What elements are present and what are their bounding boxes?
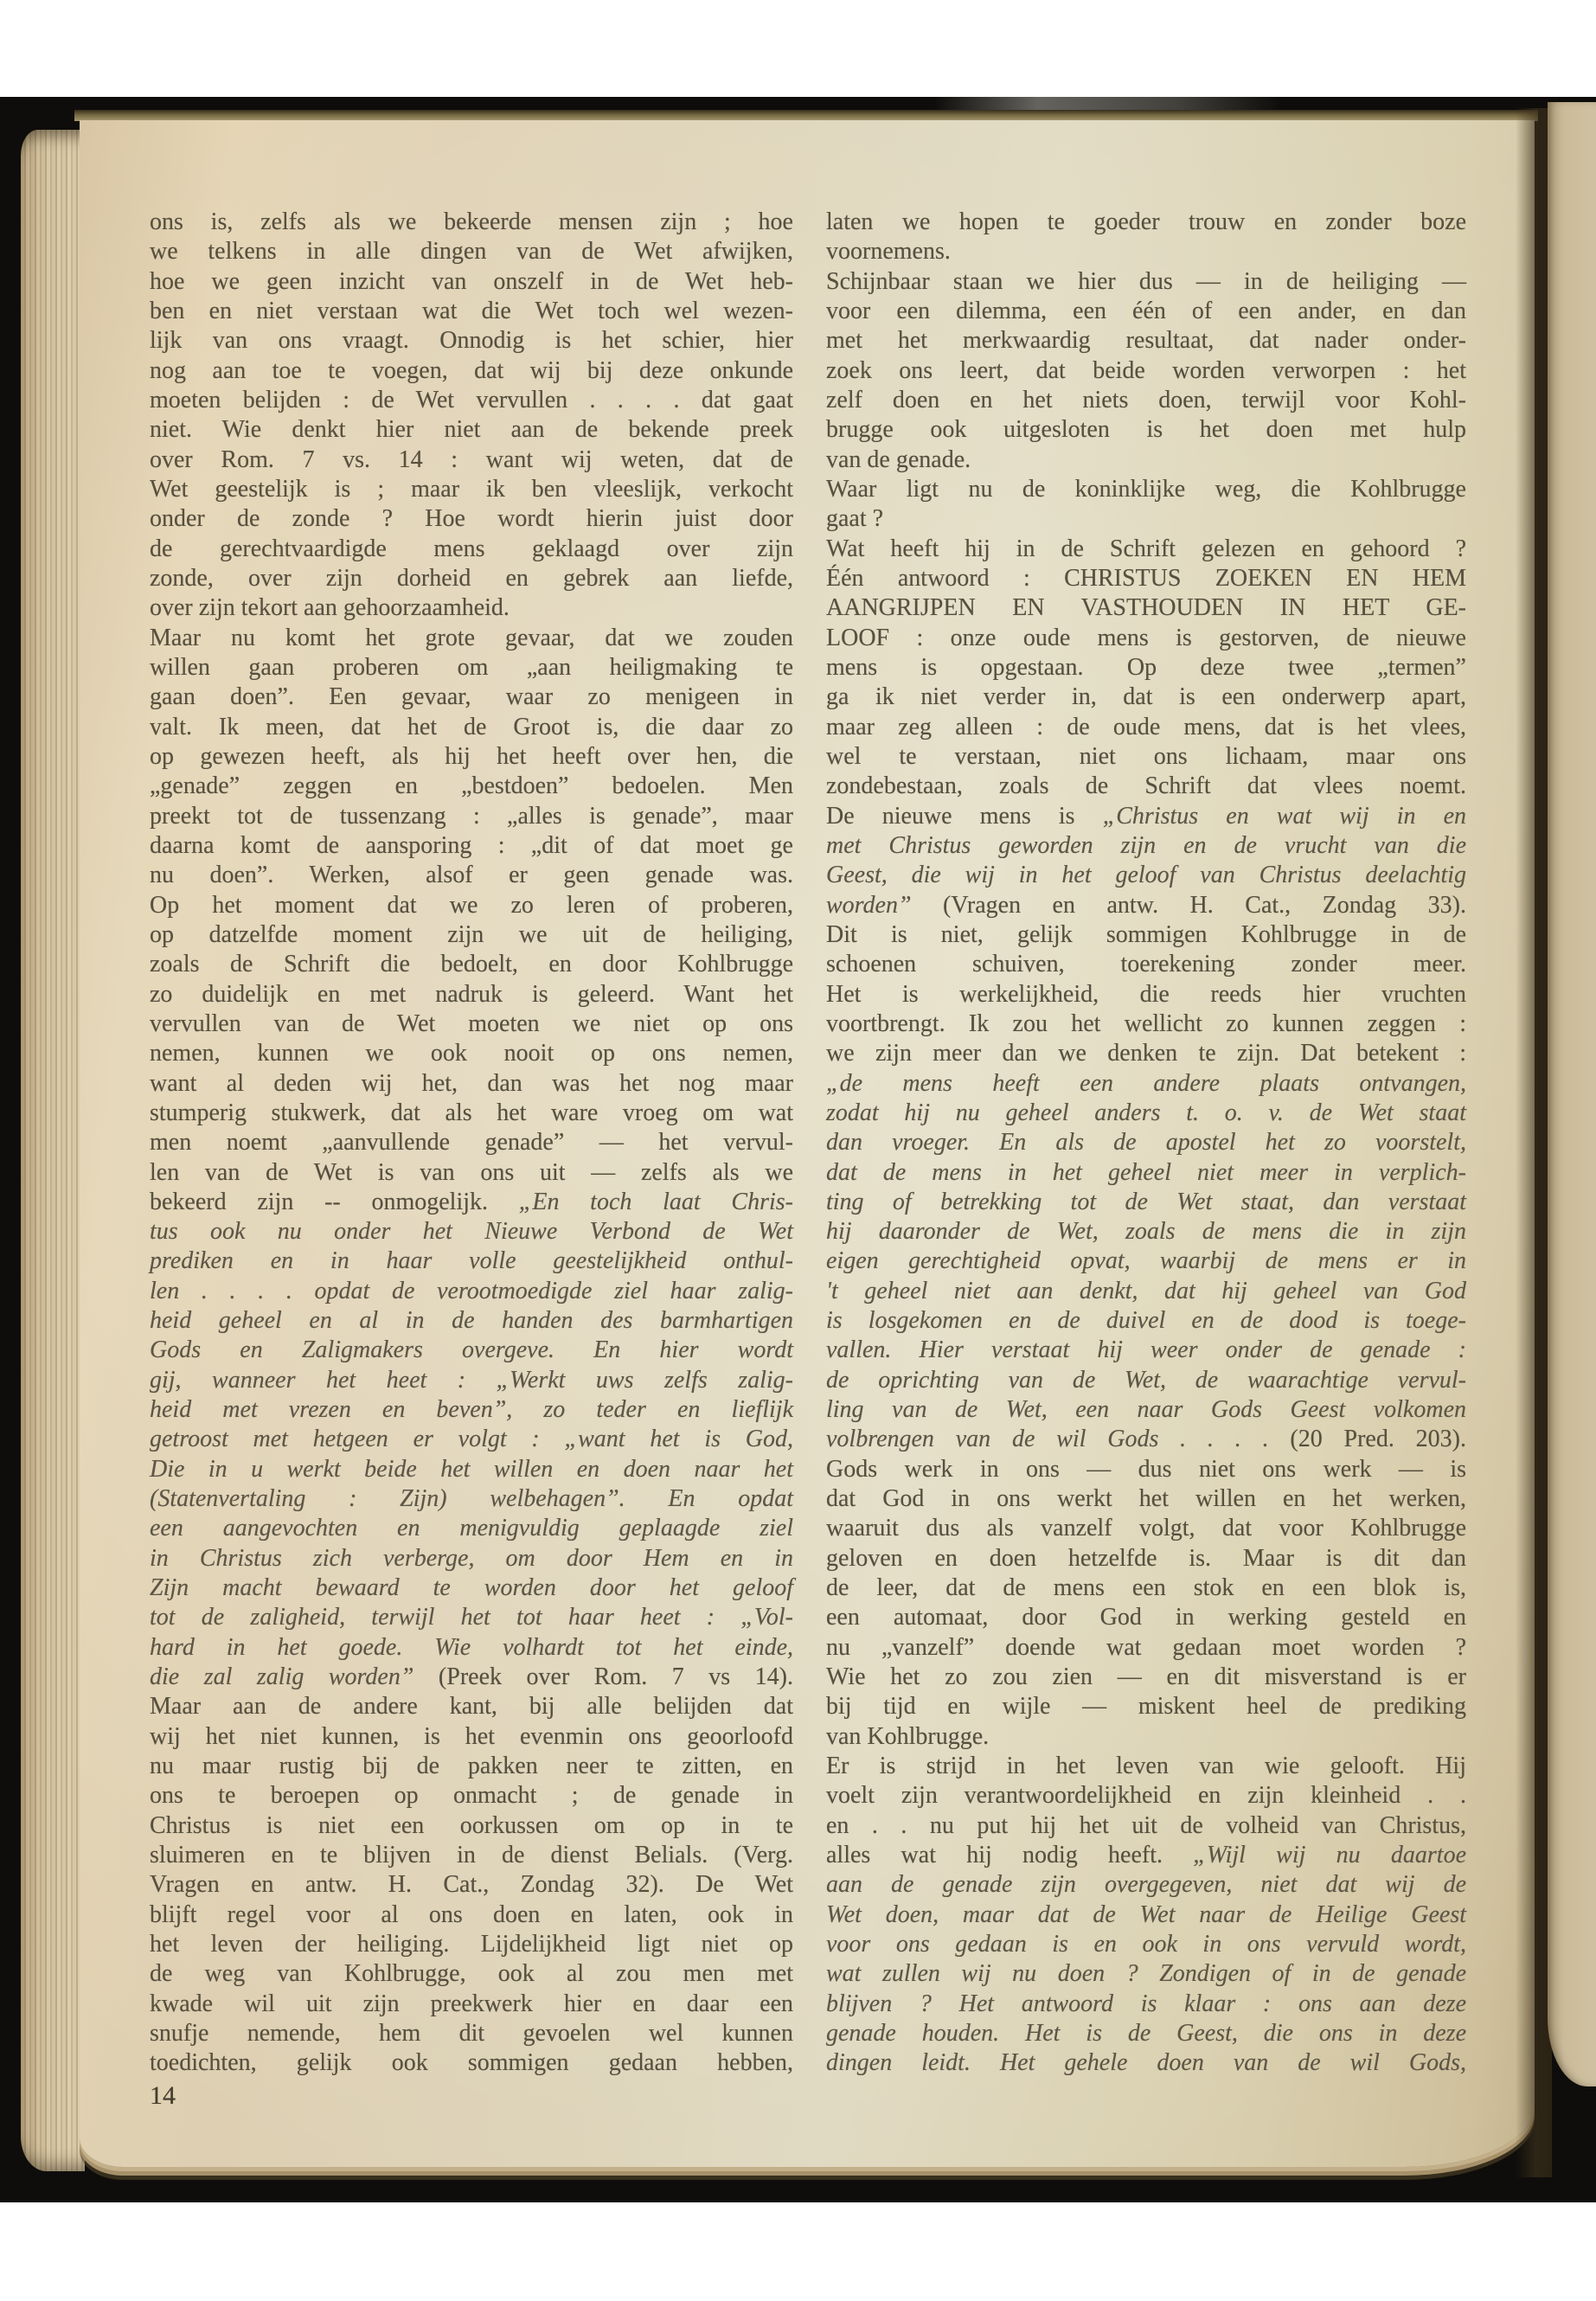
text-line: Schijnbaar staan we hier dus — in de hei… [826, 267, 1466, 297]
text-line: worden” (Vragen en antw. H. Cat., Zondag… [826, 891, 1466, 920]
text-line: daarna komt de aansporing : „dit of dat … [150, 831, 793, 861]
text-line: dingen leidt. Het gehele doen van de wil… [826, 2048, 1466, 2078]
text-line: blijft regel voor al ons doen en laten, … [150, 1900, 793, 1930]
text-line: preekt tot de tussenzang : „alles is gen… [150, 802, 793, 831]
text-line: nu „vanzelf” doende wat gedaan moet word… [826, 1633, 1466, 1663]
text-line: Christus is niet een oorkussen om op in … [150, 1811, 793, 1841]
text-line: 't geheel niet aan denkt, dat hij geheel… [826, 1277, 1466, 1306]
text-line: De nieuwe mens is „Christus en wat wij i… [826, 802, 1466, 831]
gutter-crease [1516, 108, 1552, 2177]
text-line: wat zullen wij nu doen ? Zondigen of in … [826, 1959, 1466, 1989]
text-line: van de genade. [826, 445, 1466, 475]
text-line: gij, wanneer het heet : „Werkt uws zelfs… [150, 1366, 793, 1395]
text-line: dat de mens in het geheel niet meer in v… [826, 1158, 1466, 1188]
text-line: over zijn tekort aan gehoorzaamheid. [150, 593, 793, 623]
text-line: Wat heeft hij in de Schrift gelezen en g… [826, 535, 1466, 564]
text-line: moeten belijden : de Wet vervullen . . .… [150, 386, 793, 415]
book-fore-edge-pages [21, 130, 85, 2171]
text-line: nu doen”. Werken, alsof er geen genade w… [150, 861, 793, 890]
text-line: kwade wil uit zijn preekwerk hier en daa… [150, 1990, 793, 2019]
text-line: nog aan toe te voegen, dat wij bij deze … [150, 356, 793, 386]
text-line: zoals de Schrift die bedoelt, en door Ko… [150, 950, 793, 979]
text-line: nemen, kunnen we ook nooit op ons nemen, [150, 1039, 793, 1068]
text-line: Gods en Zaligmakers overgeve. En hier wo… [150, 1336, 793, 1365]
text-line: mens is opgestaan. Op deze twee „termen” [826, 653, 1466, 683]
text-line: stumperig stukwerk, dat als het ware vro… [150, 1099, 793, 1128]
text-line: eigen gerechtigheid opvat, waarbij de me… [826, 1247, 1466, 1276]
text-line: onder de zonde ? Hoe wordt hierin juist … [150, 504, 793, 534]
text-line: Één antwoord : CHRISTUS ZOEKEN EN HEM [826, 564, 1466, 593]
text-line: we zijn meer dan we denken te zijn. Dat … [826, 1039, 1466, 1068]
text-line: met het merkwaardig resultaat, dat nader… [826, 326, 1466, 356]
text-line: hoe we geen inzicht van onszelf in de We… [150, 267, 793, 297]
text-line: blijven ? Het antwoord is klaar : ons aa… [826, 1990, 1466, 2019]
text-line: alles wat hij nodig heeft. „Wijl wij nu … [826, 1841, 1466, 1870]
text-line: Wet doen, maar dat de Wet naar de Heilig… [826, 1900, 1466, 1930]
text-line: len van de Wet is van ons uit — zelfs al… [150, 1158, 793, 1188]
text-line: voortbrengt. Ik zou het wellicht zo kunn… [826, 1009, 1466, 1039]
text-line: AANGRIJPEN EN VASTHOUDEN IN HET GE- [826, 593, 1466, 623]
text-line: zoek ons leert, dat beide worden verworp… [826, 356, 1466, 386]
text-line: toedichten, gelijk ook sommigen gedaan h… [150, 2048, 793, 2078]
text-line: valt. Ik meen, dat het de Groot is, die … [150, 713, 793, 742]
text-line: Wet geestelijk is ; maar ik ben vleeslij… [150, 475, 793, 504]
text-line: op datzelfde moment zijn we uit de heili… [150, 920, 793, 950]
text-line: maar zeg alleen : de oude mens, dat is h… [826, 713, 1466, 742]
text-line: getroost met hetgeen er volgt : „want he… [150, 1425, 793, 1454]
text-column-left: ons is, zelfs als we bekeerde mensen zij… [150, 208, 793, 2079]
text-line: Maar aan de andere kant, bij alle belijd… [150, 1692, 793, 1721]
text-line: „de mens heeft een andere plaats ontvang… [826, 1069, 1466, 1099]
text-line: zondebestaan, zoals de Schrift dat vlees… [826, 772, 1466, 801]
text-line: wij het niet kunnen, is het evenmin ons … [150, 1722, 793, 1752]
text-line: geloven en doen hetzelfde is. Maar is di… [826, 1544, 1466, 1574]
text-line: een aangevochten en menigvuldig geplaagd… [150, 1514, 793, 1543]
text-line: dan vroeger. En als de apostel het zo vo… [826, 1128, 1466, 1157]
text-line: snufje nemende, hem dit gevoelen wel kun… [150, 2019, 793, 2048]
text-line: tot de zaligheid, terwijl het tot haar h… [150, 1603, 793, 1632]
text-line: Dit is niet, gelijk sommigen Kohlbrugge … [826, 920, 1466, 950]
text-line: genade houden. Het is de Geest, die ons … [826, 2019, 1466, 2048]
text-line: voor ons gedaan is en ook in ons vervuld… [826, 1930, 1466, 1959]
text-line: op gewezen heeft, als hij het heeft over… [150, 742, 793, 772]
text-line: ons is, zelfs als we bekeerde mensen zij… [150, 208, 793, 237]
text-line: van Kohlbrugge. [826, 1722, 1466, 1752]
text-line: (Statenvertaling : Zijn) welbehagen”. En… [150, 1484, 793, 1514]
text-line: Maar nu komt het grote gevaar, dat we zo… [150, 624, 793, 653]
text-line: die zal zalig worden” (Preek over Rom. 7… [150, 1663, 793, 1692]
text-line: want al deden wij het, dan was het nog m… [150, 1069, 793, 1099]
text-line: de oprichting van de Wet, de waarachtige… [826, 1366, 1466, 1395]
text-line: ben en niet verstaan wat die Wet toch we… [150, 297, 793, 326]
text-line: volbrengen van de wil Gods . . . . (20 P… [826, 1425, 1466, 1454]
text-line: Op het moment dat we zo leren of probere… [150, 891, 793, 920]
text-line: niet. Wie denkt hier niet aan de bekende… [150, 415, 793, 445]
facing-page-edge [1548, 102, 1596, 2086]
text-line: over Rom. 7 vs. 14 : want wij weten, dat… [150, 445, 793, 475]
text-line: is losgekomen en de duivel en de dood is… [826, 1306, 1466, 1336]
text-line: bekeerd zijn -- onmogelijk. „En toch laa… [150, 1188, 793, 1217]
text-line: vervullen van de Wet moeten we niet op o… [150, 1009, 793, 1039]
text-line: Zijn macht bewaard te worden door het ge… [150, 1574, 793, 1603]
text-line: met Christus geworden zijn en de vrucht … [826, 831, 1466, 861]
text-line: tus ook nu onder het Nieuwe Verbond de W… [150, 1217, 793, 1247]
text-line: laten we hopen te goeder trouw en zonder… [826, 208, 1466, 237]
text-line: lijk van ons vraagt. Onnodig is het schi… [150, 326, 793, 356]
text-line: „genade” zeggen en „bestdoen” bedoelen. … [150, 772, 793, 801]
text-line: Wie het zo zou zien — en dit misverstand… [826, 1663, 1466, 1692]
text-line: ons te beroepen op onmacht ; de genade i… [150, 1781, 793, 1811]
text-line: men noemt „aanvullende genade” — het ver… [150, 1128, 793, 1157]
text-line: Gods werk in ons — dus niet ons werk — i… [826, 1455, 1466, 1484]
text-line: LOOF : onze oude mens is gestorven, de n… [826, 624, 1466, 653]
text-line: ting of betrekking tot de Wet staat, dan… [826, 1188, 1466, 1217]
text-line: Waar ligt nu de koninklijke weg, die Koh… [826, 475, 1466, 504]
text-line: prediken en in haar volle geestelijkheid… [150, 1247, 793, 1276]
text-line: gaan doen”. Een gevaar, waar zo menigeen… [150, 683, 793, 712]
text-line: len . . . . opdat de verootmoedigde ziel… [150, 1277, 793, 1306]
text-line: voornemens. [826, 237, 1466, 266]
text-line: Die in u werkt beide het willen en doen … [150, 1455, 793, 1484]
text-line: nu maar rustig bij de pakken neer te zit… [150, 1752, 793, 1781]
text-line: schoenen schuiven, toerekening zonder me… [826, 950, 1466, 979]
text-line: de leer, dat de mens een stok en een blo… [826, 1574, 1466, 1603]
text-line: Geest, die wij in het geloof van Christu… [826, 861, 1466, 890]
text-line: willen gaan proberen om „aan heiligmakin… [150, 653, 793, 683]
text-line: het leven der heiliging. Lijdelijkheid l… [150, 1930, 793, 1959]
text-line: waaruit dus als vanzelf volgt, dat voor … [826, 1514, 1466, 1543]
text-line: Vragen en antw. H. Cat., Zondag 32). De … [150, 1870, 793, 1900]
text-line: gaat ? [826, 504, 1466, 534]
text-line: ga ik niet verder in, dat is een onderwe… [826, 683, 1466, 712]
text-line: ling van de Wet, een naar Gods Geest vol… [826, 1395, 1466, 1425]
text-line: vallen. Hier verstaat hij weer onder de … [826, 1336, 1466, 1365]
text-line: zelf doen en het niets doen, terwijl voo… [826, 386, 1466, 415]
text-line: zodat hij nu geheel anders t. o. v. de W… [826, 1099, 1466, 1128]
text-line: heid geheel en al in de handen des barmh… [150, 1306, 793, 1336]
text-line: voelt zijn verantwoordelijkheid en zijn … [826, 1781, 1466, 1811]
text-line: bij tijd en wijle — miskent heel de pred… [826, 1692, 1466, 1721]
text-line: Het is werkelijkheid, die reeds hier vru… [826, 980, 1466, 1009]
text-line: zonde, over zijn dorheid en gebrek aan l… [150, 564, 793, 593]
text-line: in Christus zich verberge, om door Hem e… [150, 1544, 793, 1574]
page-number: 14 [150, 2081, 176, 2111]
text-line: een automaat, door God in werking gestel… [826, 1603, 1466, 1632]
text-line: voor een dilemma, een één of een ander, … [826, 297, 1466, 326]
text-line: Er is strijd in het leven van wie geloof… [826, 1752, 1466, 1781]
text-line: hard in het goede. Wie volhardt tot het … [150, 1633, 793, 1663]
text-line: we telkens in alle dingen van de Wet afw… [150, 237, 793, 266]
text-line: wel te verstaan, niet ons lichaam, maar … [826, 742, 1466, 772]
text-line: zo duidelijk en met nadruk is geleerd. W… [150, 980, 793, 1009]
text-line: sluimeren en te blijven in de dienst Bel… [150, 1841, 793, 1870]
text-line: aan de genade zijn overgegeven, niet dat… [826, 1870, 1466, 1900]
text-line: de gerechtvaardigde mens geklaagd over z… [150, 535, 793, 564]
text-line: de weg van Kohlbrugge, ook al zou men me… [150, 1959, 793, 1989]
text-line: brugge ook uitgesloten is het doen met h… [826, 415, 1466, 445]
text-line: dat God in ons werkt het willen en het w… [826, 1484, 1466, 1514]
text-line: heid met vrezen en beven”, zo teder en l… [150, 1395, 793, 1425]
text-line: hij daaronder de Wet, zoals de mens die … [826, 1217, 1466, 1247]
text-column-right: laten we hopen te goeder trouw en zonder… [826, 208, 1466, 2079]
text-line: en . . nu put hij het uit de volheid van… [826, 1811, 1466, 1841]
